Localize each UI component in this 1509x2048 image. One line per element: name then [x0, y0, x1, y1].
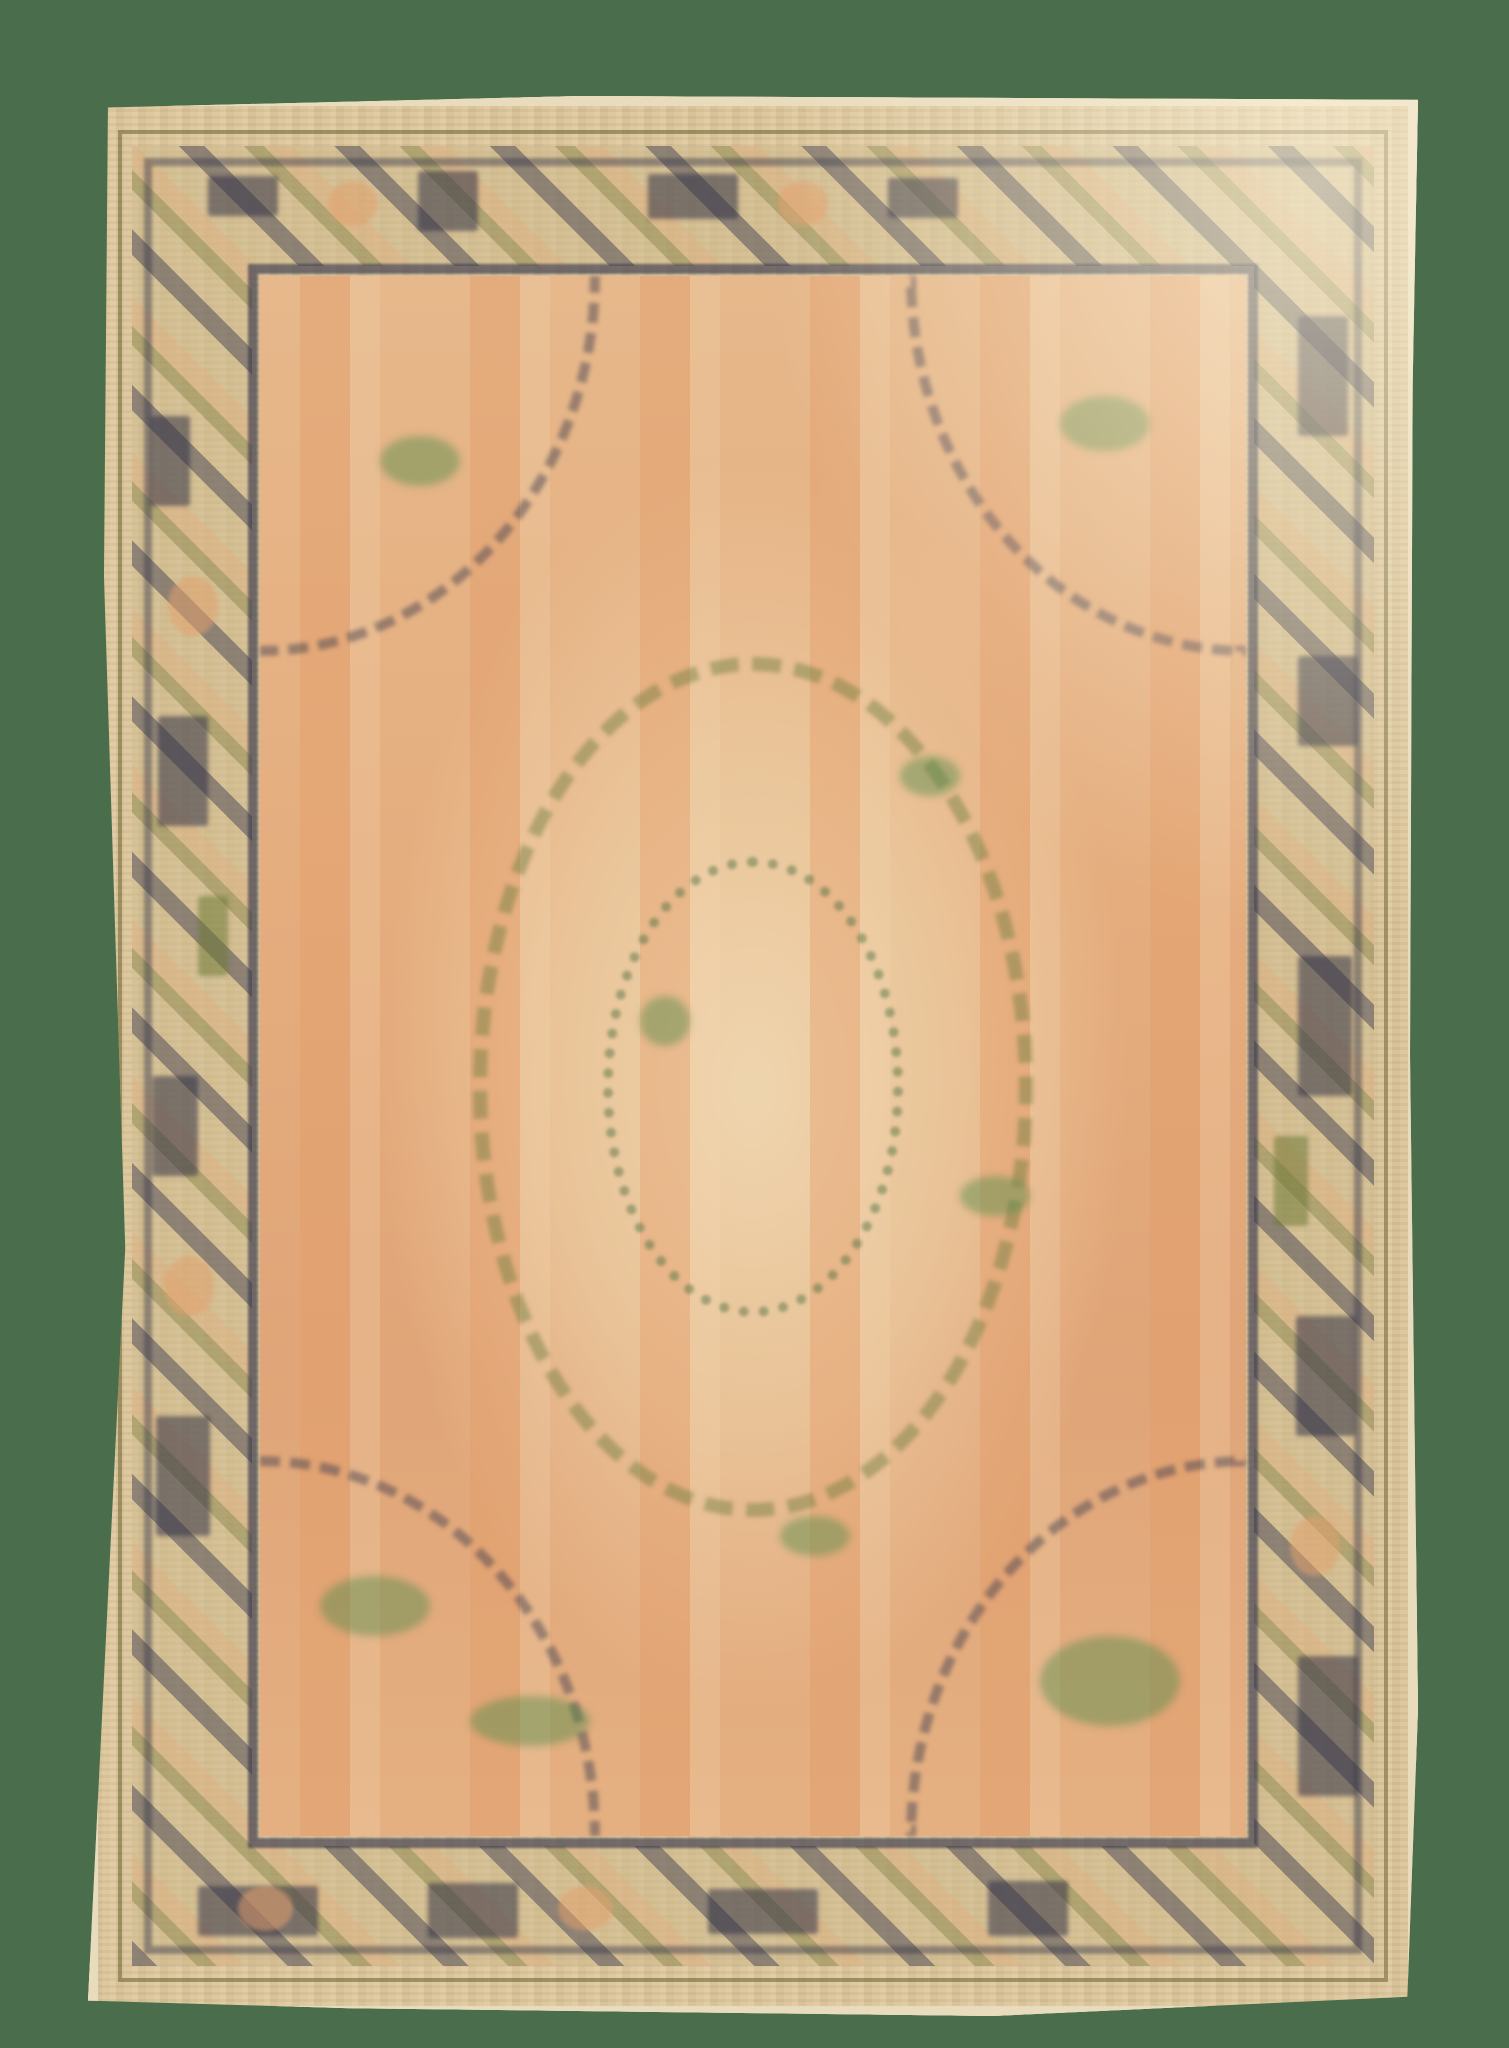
border-motif [888, 178, 958, 218]
border-motif [648, 174, 738, 219]
border-motif-olive [198, 896, 228, 976]
border-motif [208, 176, 278, 216]
border-motif [1298, 956, 1352, 1096]
border-motif-peach [328, 181, 378, 226]
corner-spandrel-top-right [906, 276, 1246, 656]
border-motif [1296, 1316, 1356, 1436]
border-motif-peach [1290, 1516, 1340, 1576]
green-leaf-accent [380, 436, 460, 486]
border-motif-peach [238, 1886, 293, 1931]
green-leaf-accent [1060, 396, 1150, 451]
green-leaf-accent [470, 1696, 590, 1746]
border-motif [150, 416, 190, 506]
border-motif-peach [168, 576, 218, 636]
green-leaf-accent [320, 1576, 430, 1636]
green-leaf-accent [640, 996, 690, 1046]
border-motif-olive [1274, 1136, 1308, 1226]
green-leaf-accent [780, 1516, 850, 1556]
border-motif [988, 1881, 1068, 1936]
photo-backdrop [0, 0, 1509, 2048]
green-leaf-accent [900, 756, 960, 796]
border-motif-peach [778, 181, 828, 226]
border-motif-peach [558, 1886, 613, 1931]
border-motif [156, 1416, 210, 1536]
border-motif [152, 1076, 198, 1176]
border-motif [1298, 1656, 1358, 1796]
green-leaf-accent [960, 1176, 1030, 1216]
border-motif [1298, 316, 1348, 436]
border-motif [1298, 656, 1358, 746]
border-motif [158, 716, 208, 826]
central-medallion-inner [603, 857, 903, 1317]
green-leaf-accent [1040, 1636, 1180, 1726]
rug-top-frayed-edge [88, 96, 1418, 106]
rug-bottom-frayed-edge [88, 2006, 1418, 2016]
border-motif-peach [164, 1256, 214, 1316]
rug-central-field [260, 276, 1246, 1836]
border-motif [708, 1889, 818, 1934]
corner-spandrel-bottom-left [260, 1456, 600, 1836]
rug [88, 96, 1418, 2016]
border-motif [418, 171, 478, 231]
border-motif [428, 1883, 518, 1938]
